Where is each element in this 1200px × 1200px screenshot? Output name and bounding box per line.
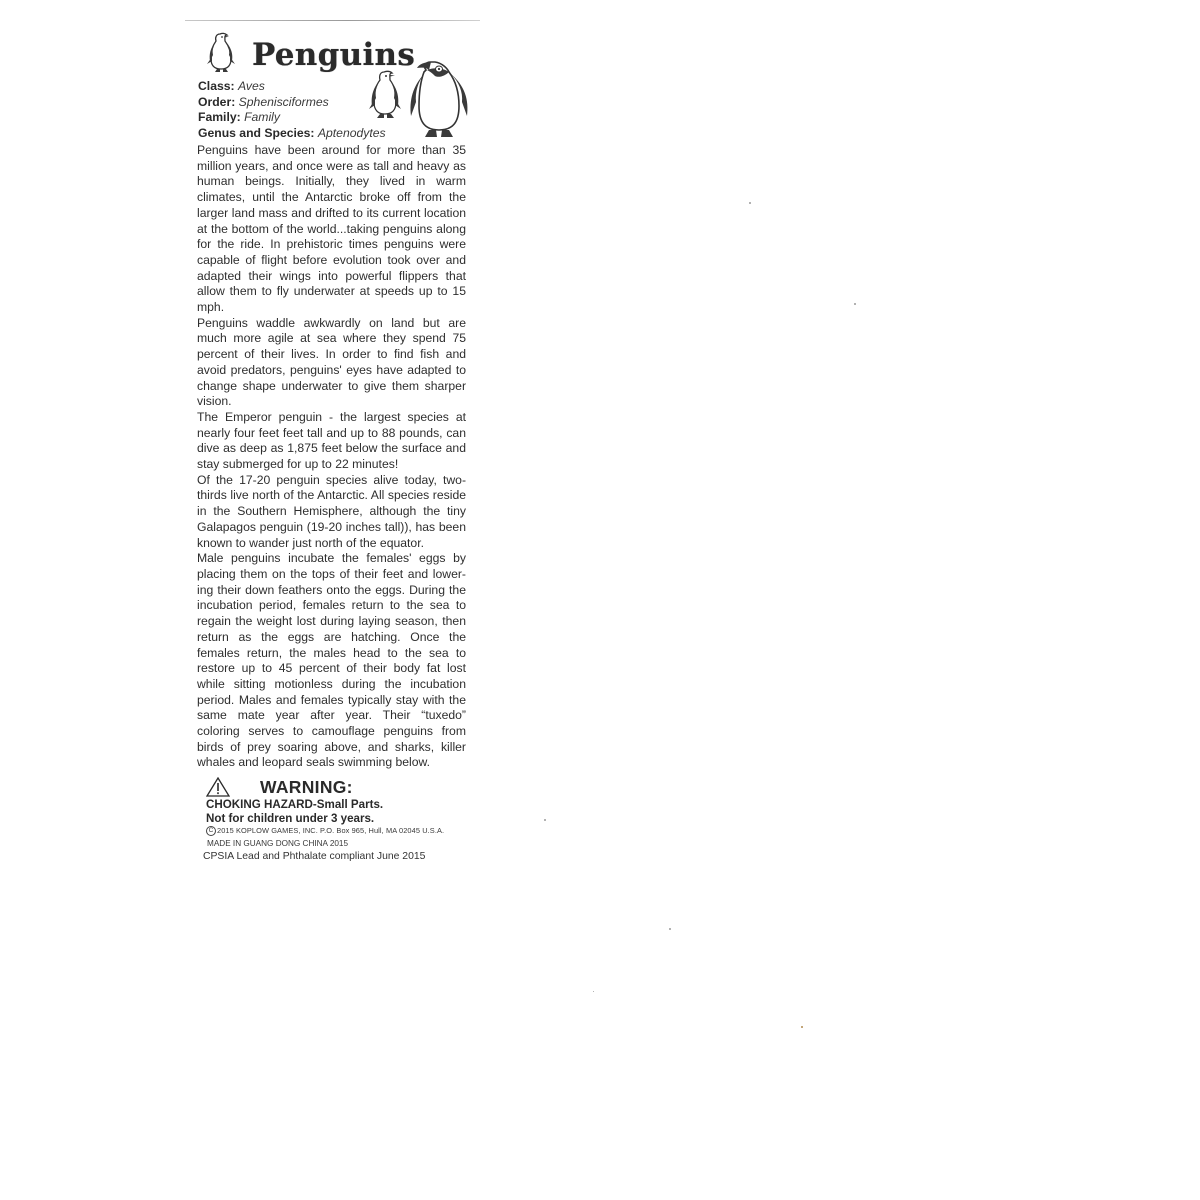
copyright-icon: C (206, 826, 216, 836)
taxonomy-class: Class: Aves (198, 79, 386, 95)
scan-speck (544, 819, 546, 821)
paragraph-history: Penguins have been around for more than … (197, 143, 466, 316)
taxonomy-label: Genus and Species: (198, 126, 315, 140)
taxonomy-order: Order: Sphenisciformes (198, 95, 386, 111)
taxonomy-value: Family (244, 110, 280, 124)
taxonomy-label: Family: (198, 110, 241, 124)
top-border-line (185, 20, 480, 21)
copyright-line: C2015 KOPLOW GAMES, INC. P.O. Box 965, H… (206, 825, 469, 837)
card-header: Penguins Class: Aves Order: Spheniscifor… (197, 28, 469, 140)
title-row: Penguins (204, 31, 415, 73)
paragraph-agility: Penguins waddle awkwardly on land but ar… (197, 316, 466, 410)
scan-speck (854, 303, 856, 305)
paragraph-incubation: Male penguins incubate the females' eggs… (197, 551, 466, 771)
taxonomy-label: Class: (198, 79, 235, 93)
penguin-icon (204, 31, 238, 73)
made-in-text: MADE IN GUANG DONG CHINA 2015 (206, 837, 469, 850)
copyright-text: 2015 KOPLOW GAMES, INC. P.O. Box 965, Hu… (217, 826, 444, 835)
warning-header: WARNING: (206, 776, 469, 798)
taxonomy-value: Aves (238, 79, 265, 93)
scan-speck (801, 1026, 803, 1028)
age-warning-text: Not for children under 3 years. (206, 812, 469, 826)
penguin-icon (365, 68, 405, 120)
warning-section: WARNING: CHOKING HAZARD-Small Parts. Not… (197, 776, 469, 863)
taxonomy-family: Family: Family (198, 110, 386, 126)
penguin-icon (409, 58, 469, 140)
taxonomy-value: Sphenisciformes (239, 95, 329, 109)
scan-speck (593, 991, 594, 992)
penguin-info-card: Penguins Class: Aves Order: Spheniscifor… (197, 28, 469, 863)
scan-speck (669, 928, 671, 930)
taxonomy-genus-species: Genus and Species: Aptenodytes (198, 126, 386, 142)
taxonomy-label: Order: (198, 95, 235, 109)
body-text: Penguins have been around for more than … (197, 143, 466, 771)
taxonomy-list: Class: Aves Order: Sphenisciformes Famil… (198, 79, 386, 141)
scan-speck (749, 202, 751, 204)
paragraph-species: Of the 17-20 penguin species alive today… (197, 473, 466, 552)
paragraph-emperor: The Emperor penguin - the largest specie… (197, 410, 466, 473)
choking-hazard-text: CHOKING HAZARD-Small Parts. (206, 798, 469, 812)
compliance-text: CPSIA Lead and Phthalate compliant June … (203, 850, 469, 863)
taxonomy-value: Aptenodytes (318, 126, 386, 140)
warning-triangle-icon (206, 777, 230, 797)
warning-title: WARNING: (260, 777, 353, 798)
